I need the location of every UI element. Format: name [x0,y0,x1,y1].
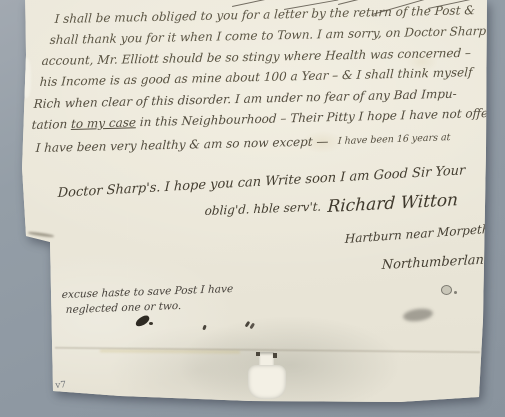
torn-edge-notch [21,58,31,98]
body-line-6-pre: tation [31,117,71,132]
pencil-mark: v7 [55,380,66,391]
body-line-5: Rich when clear of this disorder. I am u… [33,87,457,111]
postscript-line-1: excuse haste to save Post I have [62,283,234,301]
body-line-6-underlined: to my case [71,115,137,131]
top-flourish-stroke [232,0,273,7]
ink-smudge-ring [441,285,452,295]
body-line-3: account, Mr. Elliott should be so stingy… [41,46,471,68]
seal-residue-body [248,365,286,399]
body-line-6-post: in this Neighbourhood – Their Pitty I ho… [136,106,495,129]
torn-edge-mark [17,50,24,65]
ink-blot-tail [149,322,153,325]
paper-shadow: I shall be much obliged to you for a let… [0,0,505,417]
ink-speck [245,321,250,327]
body-line-7: I have been very healthy & am so now exc… [35,134,328,155]
ink-blot [134,314,151,328]
torn-edge-step-shadow [28,231,54,238]
address-line-2: Northumberland [381,252,492,273]
body-line-4: his Income is as good as mine about 100 … [39,65,472,89]
valediction: oblig'd. hble serv't. [204,200,321,219]
letter-paper: I shall be much obliged to you for a let… [0,0,505,417]
body-line-7-insertion: I have been 16 years at [338,132,451,147]
ink-smudge-dot [454,291,457,294]
postscript-line-2: neglected one or two. [66,300,182,316]
fold-crease-stain [100,349,240,353]
seal-residue-mark [273,353,277,358]
signature: Richard Witton [327,190,459,217]
seal-residue-mark [256,352,260,356]
body-line-2: shall thank you for it when I come to To… [49,24,496,47]
ink-smudge [402,307,433,323]
torn-edge-mark [16,82,24,98]
ink-speck [202,325,207,331]
body-line-6: tation to my case in this Neighbourhood … [31,106,494,132]
letter-photograph: I shall be much obliged to you for a let… [0,0,505,417]
body-line-1: I shall be much obliged to you for a let… [54,3,475,26]
address-line-1: Hartburn near Morpeth [345,222,490,246]
